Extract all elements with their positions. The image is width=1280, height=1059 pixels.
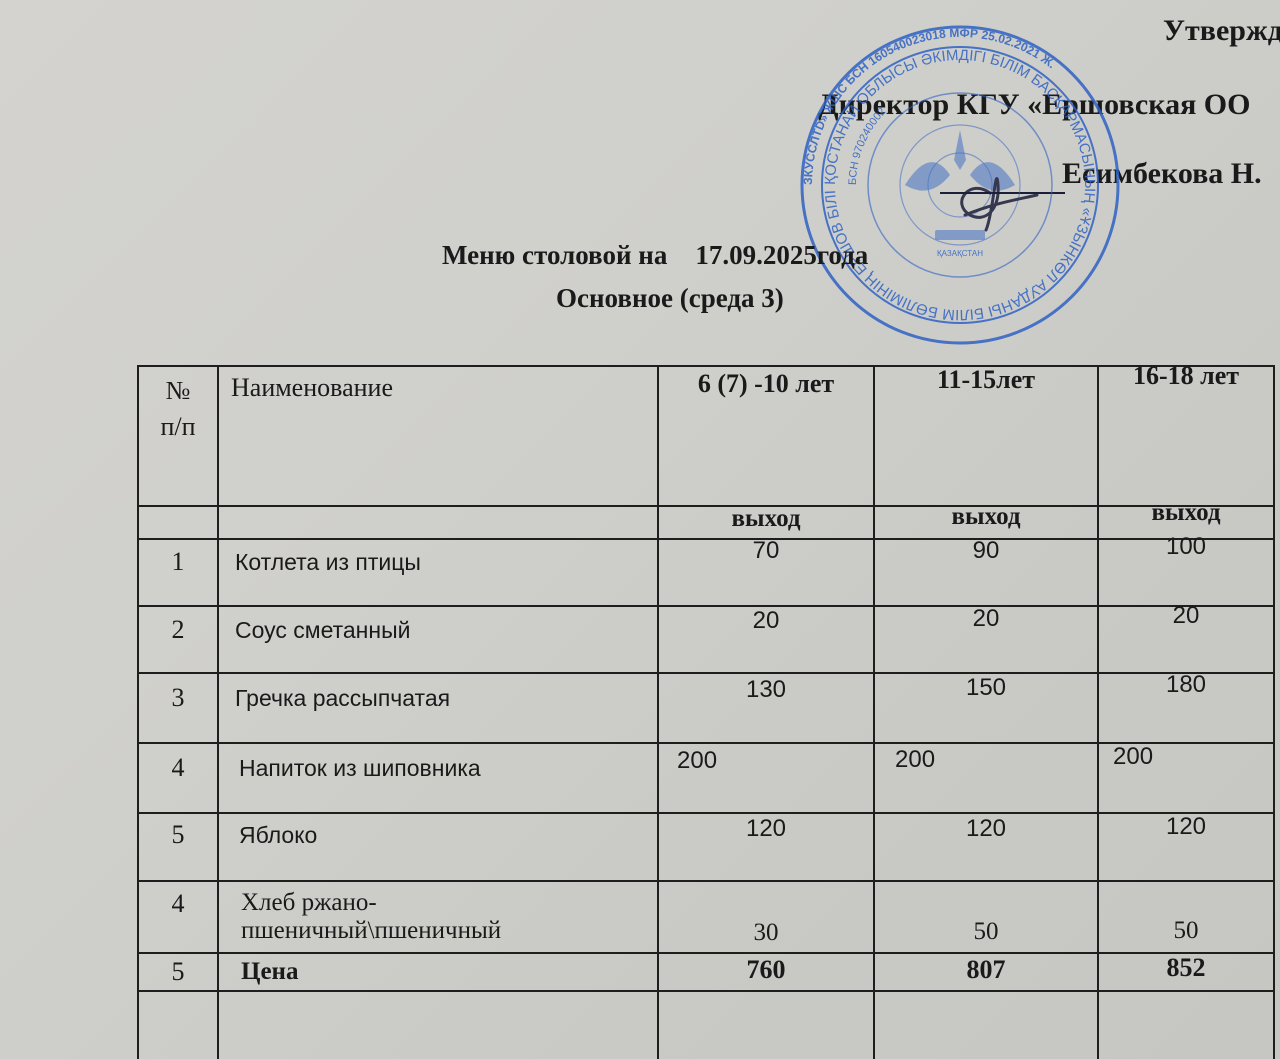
row-5-val-2: 120	[875, 815, 1097, 843]
svg-text:ҚОСТАНАЙ ОБЛЫСЫ ӘКІМДІГІ БІЛІМ: ҚОСТАНАЙ ОБЛЫСЫ ӘКІМДІГІ БІЛІМ БАСҚАРМАС…	[795, 25, 1098, 323]
signer-name: Есимбекова Н.	[1062, 157, 1262, 191]
price-row-num: 5	[139, 957, 217, 987]
menu-subtitle: Основное (среда 3)	[556, 283, 784, 314]
menu-table: № п/п Наименование 6 (7) -10 лет 11-15ле…	[137, 365, 1275, 1059]
header-num-symbol: №	[139, 373, 217, 409]
row-2-val-2: 20	[875, 605, 1097, 633]
subheader-yield-1: выход	[659, 505, 873, 533]
row-6-name-line-2: пшеничный\пшеничный	[241, 917, 501, 945]
row-5-num: 5	[139, 820, 217, 850]
row-5-val-3: 120	[1099, 813, 1273, 841]
row-6-val-2: 50	[875, 918, 1097, 946]
row-6-name-line-1: Хлеб ржано-	[241, 889, 501, 917]
header-age-11-15: 11-15лет	[875, 365, 1097, 395]
row-6-name: Хлеб ржано- пшеничный\пшеничный	[241, 889, 501, 945]
row-2-val-3: 20	[1099, 602, 1273, 630]
menu-title-prefix: Меню столовой на	[442, 240, 667, 270]
row-4-name: Напиток из шиповника	[239, 755, 481, 782]
row-1-num: 1	[139, 547, 217, 577]
row-1-val-3: 100	[1099, 533, 1273, 561]
row-4-val-3: 200	[1113, 743, 1153, 771]
row-3-val-3: 180	[1099, 671, 1273, 699]
row-5-name: Яблоко	[239, 822, 317, 849]
row-3-num: 3	[139, 683, 217, 713]
row-3-name: Гречка рассыпчатая	[235, 685, 450, 712]
row-4-val-2: 200	[895, 746, 935, 774]
stamp-emblem-label: ҚАЗАҚСТАН	[937, 249, 983, 258]
row-1-val-1: 70	[659, 537, 873, 565]
row-6-num: 4	[139, 889, 217, 919]
header-age-6-10: 6 (7) -10 лет	[659, 369, 873, 399]
signature-line	[940, 192, 1065, 194]
row-1-name: Котлета из птицы	[235, 549, 421, 576]
stamp-ring-text: ҚОСТАНАЙ ОБЛЫСЫ ӘКІМДІГІ БІЛІМ БАСҚАРМАС…	[795, 25, 1098, 323]
subheader-yield-2: выход	[875, 503, 1097, 531]
header-name: Наименование	[231, 373, 393, 403]
subheader-yield-3: выход	[1099, 499, 1273, 527]
menu-title: Меню столовой на17.09.2025года	[442, 240, 868, 271]
menu-date: 17.09.2025года	[695, 240, 868, 270]
row-2-name: Соус сметанный	[235, 617, 410, 644]
director-line: Директор КГУ «Ершовская ОО	[818, 88, 1250, 122]
row-1-val-2: 90	[875, 537, 1097, 565]
row-3-val-1: 130	[659, 676, 873, 704]
header-num: № п/п	[139, 373, 217, 445]
row-2-val-1: 20	[659, 607, 873, 635]
header-num-abbr: п/п	[139, 409, 217, 445]
row-3-val-2: 150	[875, 674, 1097, 702]
header-age-16-18: 16-18 лет	[1099, 361, 1273, 391]
price-val-2: 807	[875, 955, 1097, 985]
price-label: Цена	[241, 958, 298, 986]
approval-label: Утвержд	[1163, 14, 1280, 48]
row-2-num: 2	[139, 615, 217, 645]
row-6-val-3: 50	[1099, 917, 1273, 945]
price-val-3: 852	[1099, 953, 1273, 983]
row-5-val-1: 120	[659, 815, 873, 843]
row-4-val-1: 200	[677, 747, 717, 775]
row-4-num: 4	[139, 753, 217, 783]
price-val-1: 760	[659, 955, 873, 985]
row-6-val-1: 30	[659, 919, 873, 947]
